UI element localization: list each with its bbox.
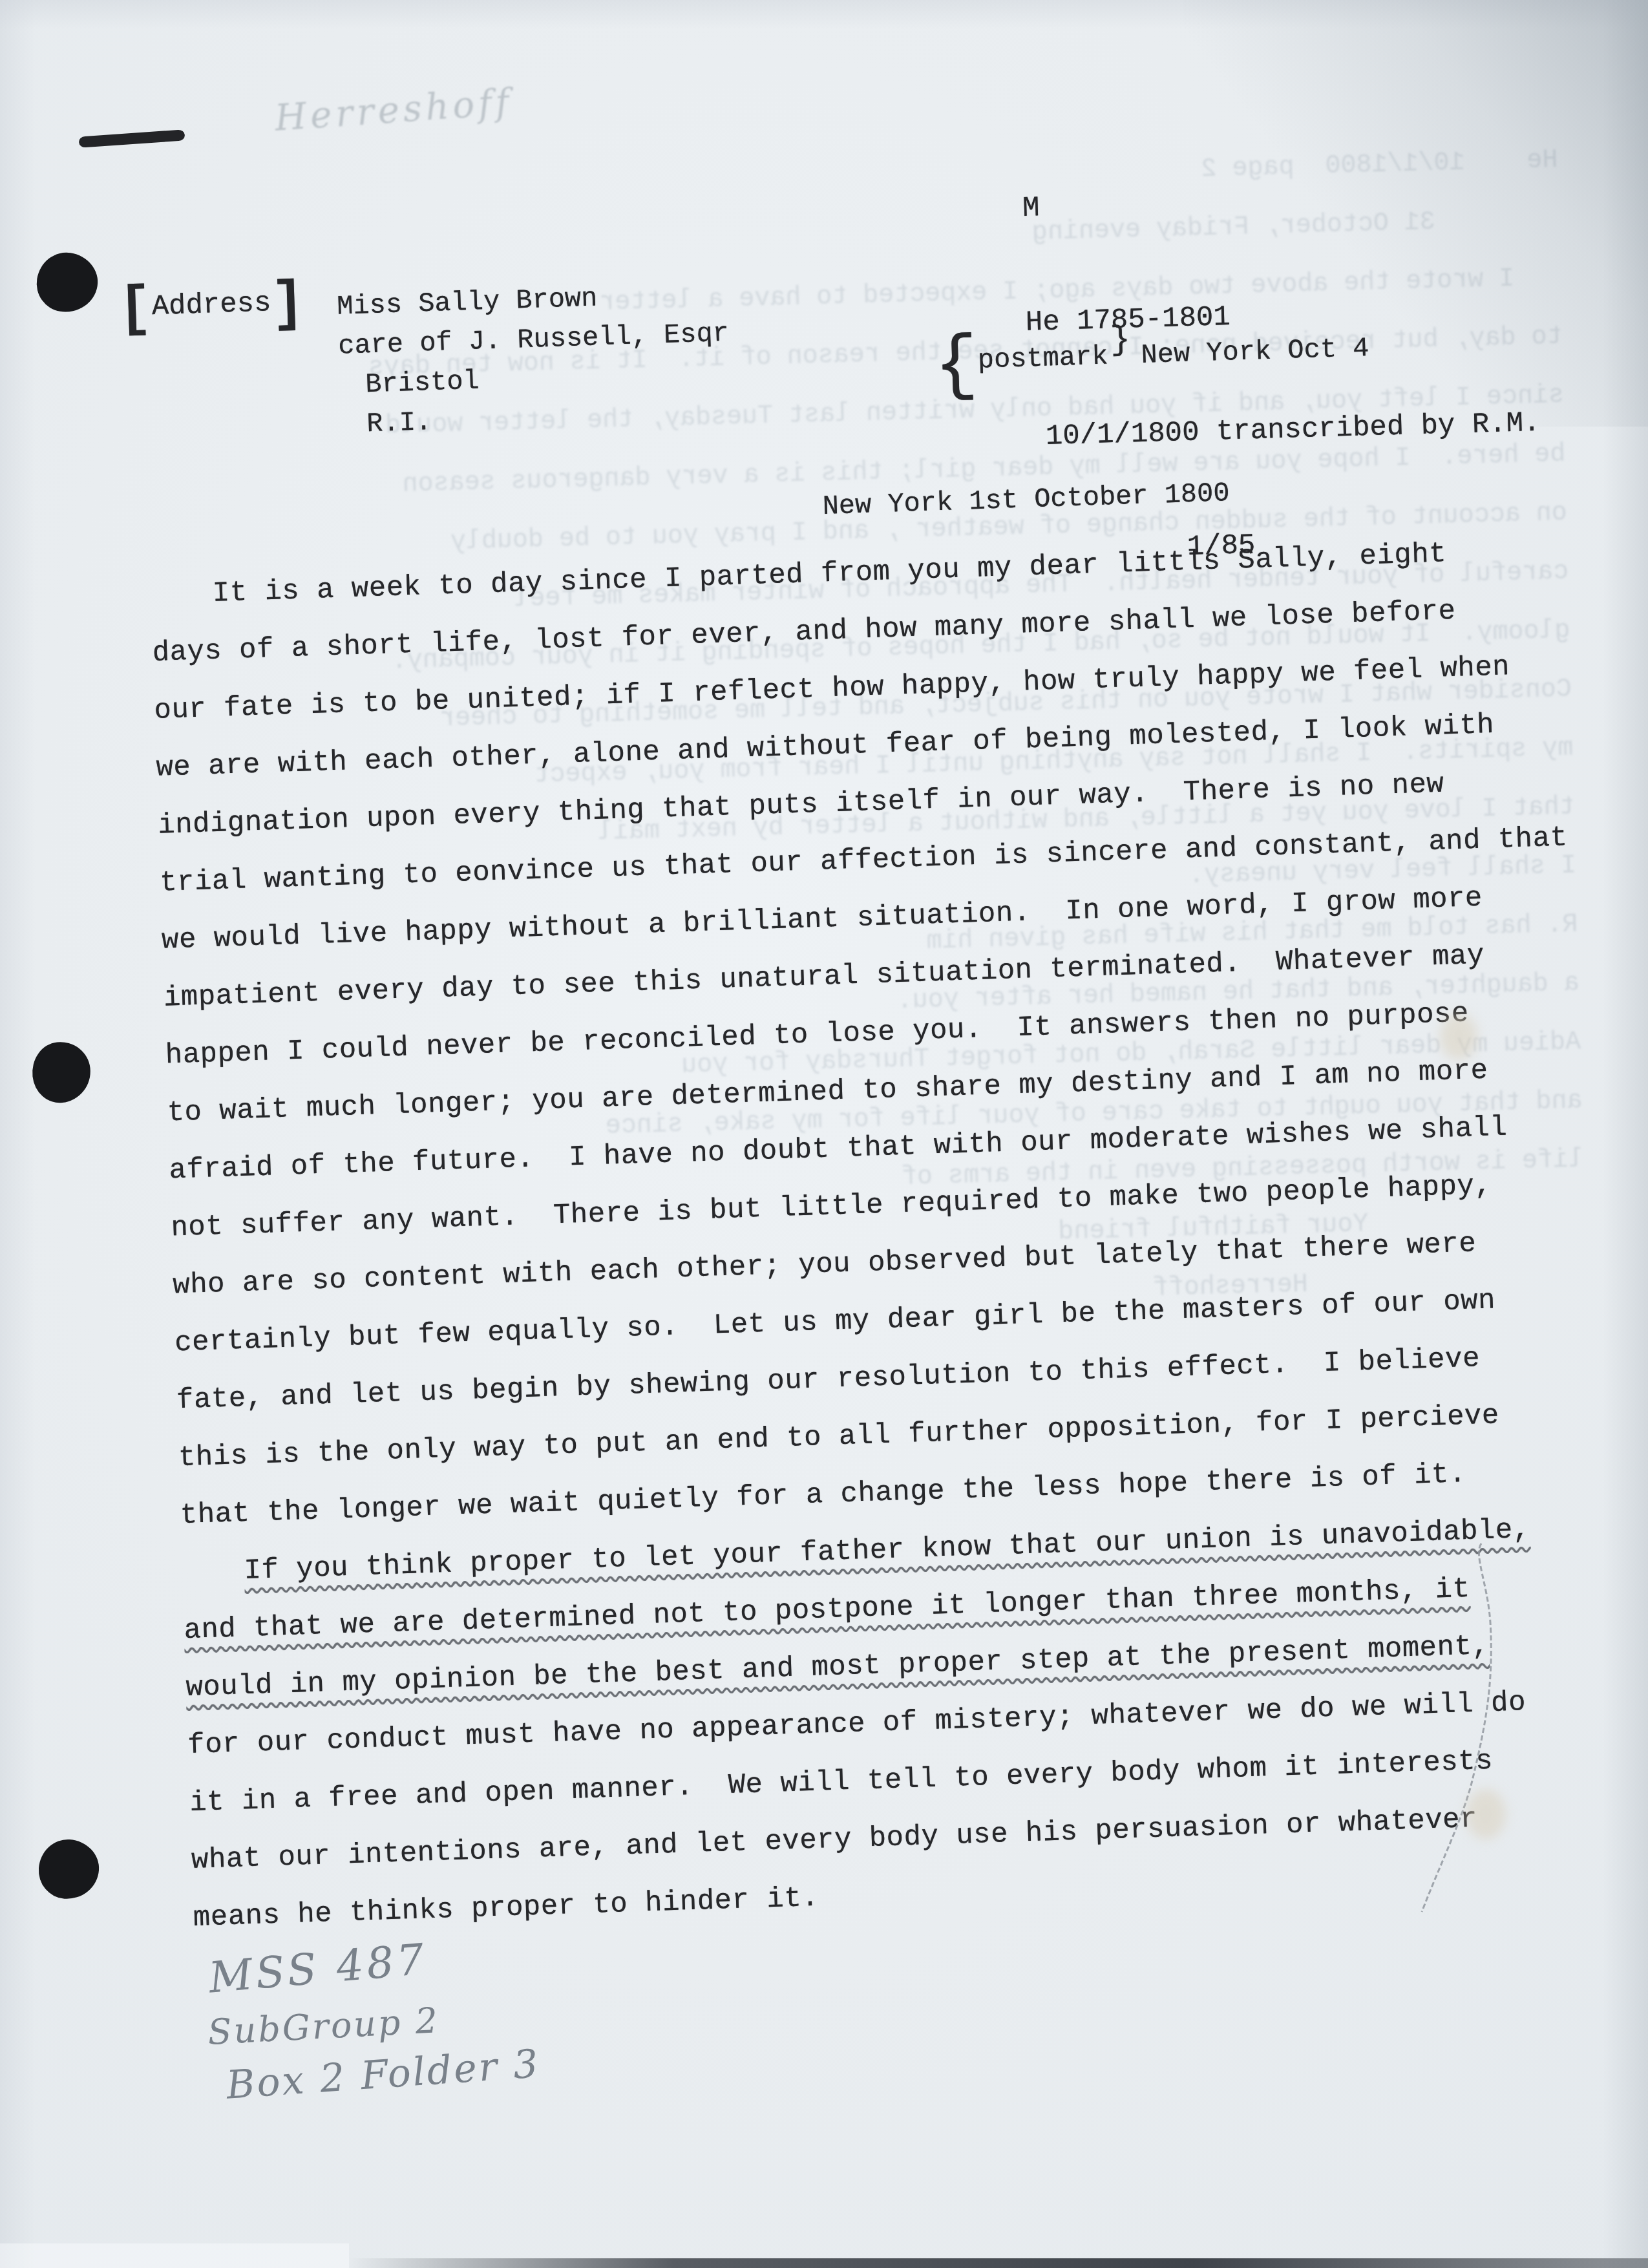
header-letter-code: M <box>1022 176 1534 228</box>
paper-smudge-right-middle <box>1440 1013 1477 1060</box>
address-open-bracket-icon: [ <box>118 277 153 341</box>
punch-hole-top <box>32 248 101 317</box>
header-transcription-note: 10/1/1800 transcribed by R.M. <box>1028 405 1541 457</box>
address-close-bracket-icon: ] <box>270 271 306 336</box>
bottom-left-light-strip <box>0 2243 349 2268</box>
postmark-close-brace-icon: } <box>1110 321 1131 359</box>
header-collection-code: He 1785-1801 <box>1025 290 1537 343</box>
bottom-scan-edge <box>349 2258 1648 2268</box>
pen-mark <box>79 129 185 147</box>
paper-smudge-right-lower <box>1466 1789 1506 1839</box>
handwritten-name-top: Herreshoff <box>273 81 514 140</box>
letter-scan-page: He 10/1/1800 page 2 31 October, Friday e… <box>0 0 1648 2268</box>
address-label: [Address] <box>118 286 305 324</box>
punch-hole-bottom <box>37 1838 101 1901</box>
address-lines: Miss Sally Browncare of J. Russell, Esqr… <box>336 268 923 445</box>
postmark-open-brace-icon: { <box>933 324 979 408</box>
postmark-label: postmark <box>977 341 1108 376</box>
address-label-text: Address <box>151 287 271 323</box>
pencil-brace-mark <box>1409 1538 1506 1920</box>
archival-notes: MSS 487 SubGroup 2 Box 2 Folder 3 <box>207 1953 539 2108</box>
note-box-folder: Box 2 Folder 3 <box>225 2041 542 2108</box>
punch-hole-middle <box>29 1039 93 1106</box>
